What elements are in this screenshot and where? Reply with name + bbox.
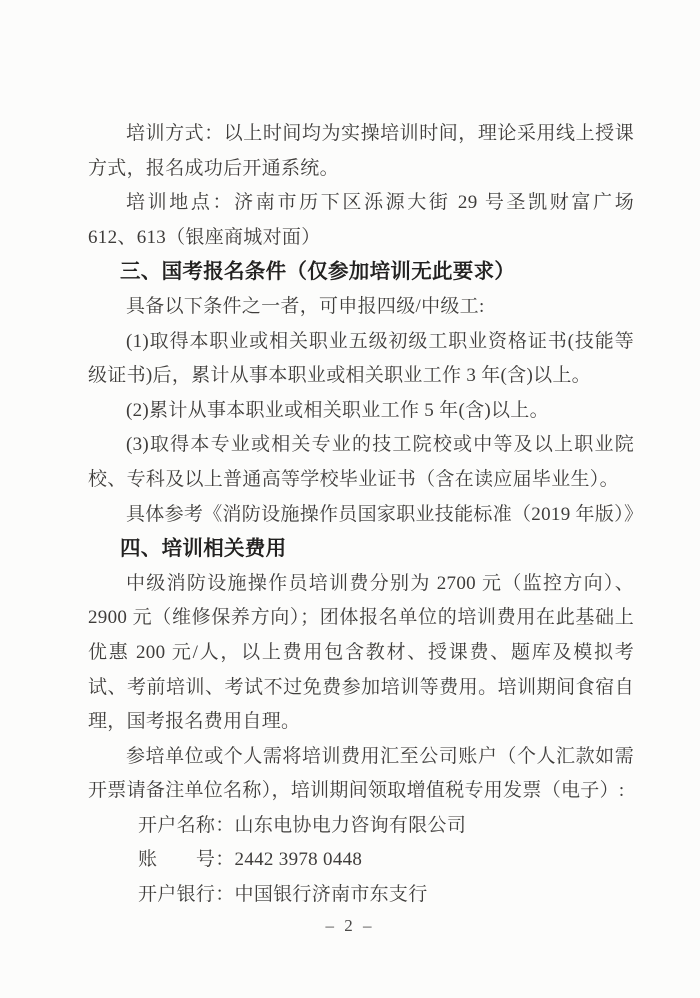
standard-reference-paragraph: 具体参考《消防设施操作员国家职业技能标准（2019 年版）》 [88,498,634,533]
bank-branch-label: 开户银行： [138,884,235,905]
training-method-paragraph: 培训方式：以上时间均为实操培训时间，理论采用线上授课方式，报名成功后开通系统。 [88,117,634,186]
document-body: 培训方式：以上时间均为实操培训时间，理论采用线上授课方式，报名成功后开通系统。 … [88,117,634,913]
bank-account-number-label: 账 号： [138,849,235,870]
condition-item-3: (3)取得本专业或相关专业的技工院校或中等及以上职业院校、专科及以上普通高等学校… [88,428,634,497]
bank-branch-value: 中国银行济南市东支行 [235,884,428,905]
page-number: – 2 – [0,916,700,936]
bank-account-number-line: 账 号：2442 3978 0448 [88,843,634,878]
payment-instructions-paragraph: 参培单位或个人需将培训费用汇至公司账户（个人汇款如需开票请备注单位名称），培训期… [88,740,634,809]
condition-item-1: (1)取得本职业或相关职业五级初级工职业资格证书(技能等级证书)后，累计从事本职… [88,325,634,394]
conditions-intro-paragraph: 具备以下条件之一者，可申报四级/中级工: [88,290,634,325]
condition-item-2: (2)累计从事本职业或相关职业工作 5 年(含)以上。 [88,394,634,429]
bank-account-name-label: 开户名称： [138,815,235,836]
bank-account-number-value: 2442 3978 0448 [235,849,363,870]
section-heading-exam-conditions: 三、国考报名条件（仅参加培训无此要求） [88,255,634,290]
section-heading-training-fees: 四、培训相关费用 [88,532,634,567]
training-location-paragraph: 培训地点：济南市历下区泺源大街 29 号圣凯财富广场 612、613（银座商城对… [88,186,634,255]
fee-details-paragraph: 中级消防设施操作员培训费分别为 2700 元（监控方向）、2900 元（维修保养… [88,567,634,740]
bank-account-name-value: 山东电协电力咨询有限公司 [235,815,467,836]
scanned-document-page: 培训方式：以上时间均为实操培训时间，理论采用线上授课方式，报名成功后开通系统。 … [0,0,700,998]
bank-branch-line: 开户银行：中国银行济南市东支行 [88,878,634,913]
bank-account-name-line: 开户名称：山东电协电力咨询有限公司 [88,809,634,844]
